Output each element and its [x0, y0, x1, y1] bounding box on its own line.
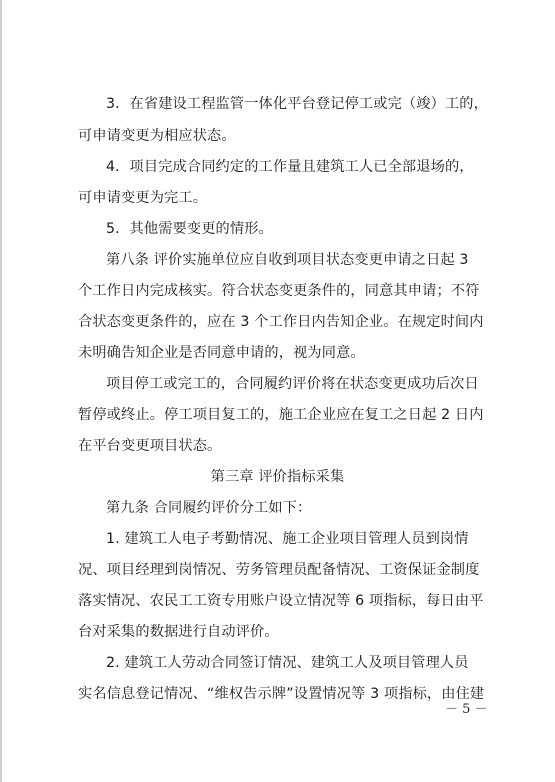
suspension-paragraph: 项目停工或完工的，合同履约评价将在状态变更成功后次日 [106, 374, 506, 394]
division-item-1-line-4: 台对采集的数据进行自动评价。 [78, 622, 478, 642]
list-item-5: 5．其他需要变更的情形。 [106, 219, 506, 239]
article-8-paragraph: 第八条 评价实施单位应自收到项目状态变更申请之日起 3 [106, 250, 506, 270]
document-page: 3．在省建设工程监管一体化平台登记停工或完（竣）工的， 可申请变更为相应状态。 … [0, 0, 555, 782]
suspension-line-3: 在平台变更项目状态。 [78, 436, 478, 456]
page-number: － 5 － [445, 698, 488, 717]
list-item-3-continued: 可申请变更为相应状态。 [78, 126, 478, 146]
article-8-line-2: 个工作日内完成核实。符合状态变更条件的，同意其申请；不符 [78, 281, 478, 301]
list-item-4-continued: 可申请变更为完工。 [78, 188, 478, 208]
division-item-2-line-2: 实名信息登记情况、“维权告示牌”设置情况等 3 项指标，由住建 [78, 684, 478, 704]
list-item-3: 3．在省建设工程监管一体化平台登记停工或完（竣）工的， [106, 94, 506, 114]
article-8-line-4: 未明确告知企业是否同意申请的，视为同意。 [78, 343, 478, 363]
chapter-heading: 第三章 评价指标采集 [0, 467, 555, 487]
division-item-1-line-3: 落实情况、农民工工资专用账户设立情况等 6 项指标，每日由平 [78, 591, 478, 611]
division-item-2: 2. 建筑工人劳动合同签订情况、建筑工人及项目管理人员 [106, 653, 506, 673]
article-9-heading: 第九条 合同履约评价分工如下： [106, 498, 506, 518]
suspension-line-2: 暂停或终止。停工项目复工的，施工企业应在复工之日起 2 日内 [78, 405, 478, 425]
article-8-line-3: 合状态变更条件的，应在 3 个工作日内告知企业。在规定时间内 [78, 312, 478, 332]
list-item-4: 4．项目完成合同约定的工作量且建筑工人已全部退场的， [106, 157, 506, 177]
division-item-1: 1. 建筑工人电子考勤情况、施工企业项目管理人员到岗情 [106, 529, 506, 549]
division-item-1-line-2: 况、项目经理到岗情况、劳务管理员配备情况、工资保证金制度 [78, 560, 478, 580]
